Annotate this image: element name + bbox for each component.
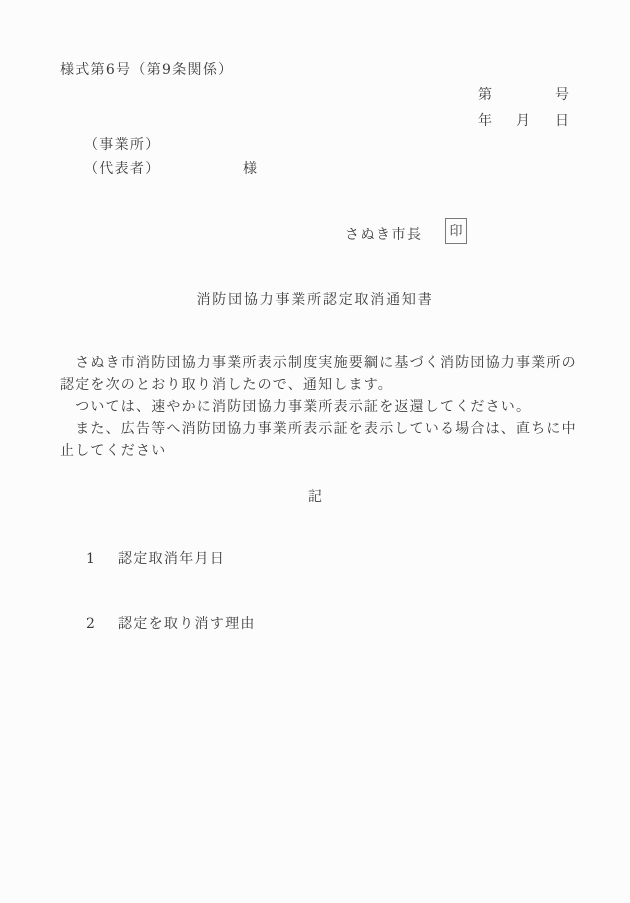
document-title: 消防団協力事業所認定取消通知書 (0, 289, 630, 309)
sender-mayor-title: さぬき市長 (345, 224, 423, 244)
record-item-number: 2 (86, 616, 118, 632)
body-line: ついては、速やかに消防団協力事業所表示証を返還してください。 (60, 396, 585, 418)
addressee-representative-label: （代表者） (84, 158, 161, 178)
date-year-label: 年 (478, 110, 492, 130)
date-day-label: 日 (555, 110, 569, 130)
body-line: 認定を次のとおり取り消したので、通知します。 (60, 374, 585, 396)
body-line: また、広告等へ消防団協力事業所表示証を表示している場合は、直ちに中 (60, 418, 585, 440)
date-month-label: 月 (516, 110, 530, 130)
doc-number-prefix: 第 (478, 84, 492, 104)
body-text: さぬき市消防団協力事業所表示制度実施要綱に基づく消防団協力事業所の 認定を次のと… (60, 352, 585, 462)
addressee-honorific: 様 (243, 158, 257, 178)
body-line: 止してください (60, 440, 585, 462)
record-item-label: 認定を取り消す理由 (118, 616, 256, 632)
document-page: 様式第6号（第9条関係） 第 号 年 月 日 （事業所） （代表者） 様 さぬき… (0, 0, 630, 903)
body-line: さぬき市消防団協力事業所表示制度実施要綱に基づく消防団協力事業所の (60, 352, 585, 374)
form-number: 様式第6号（第9条関係） (60, 59, 233, 79)
record-item-number: 1 (86, 551, 118, 567)
addressee-office-label: （事業所） (84, 134, 161, 154)
doc-number-suffix: 号 (555, 84, 569, 104)
record-heading: 記 (0, 486, 630, 506)
record-item-cancellation-date: 1認定取消年月日 (63, 532, 225, 584)
seal-placeholder-box: 印 (445, 218, 467, 244)
record-item-cancellation-reason: 2認定を取り消す理由 (63, 597, 256, 649)
record-item-label: 認定取消年月日 (118, 551, 225, 567)
